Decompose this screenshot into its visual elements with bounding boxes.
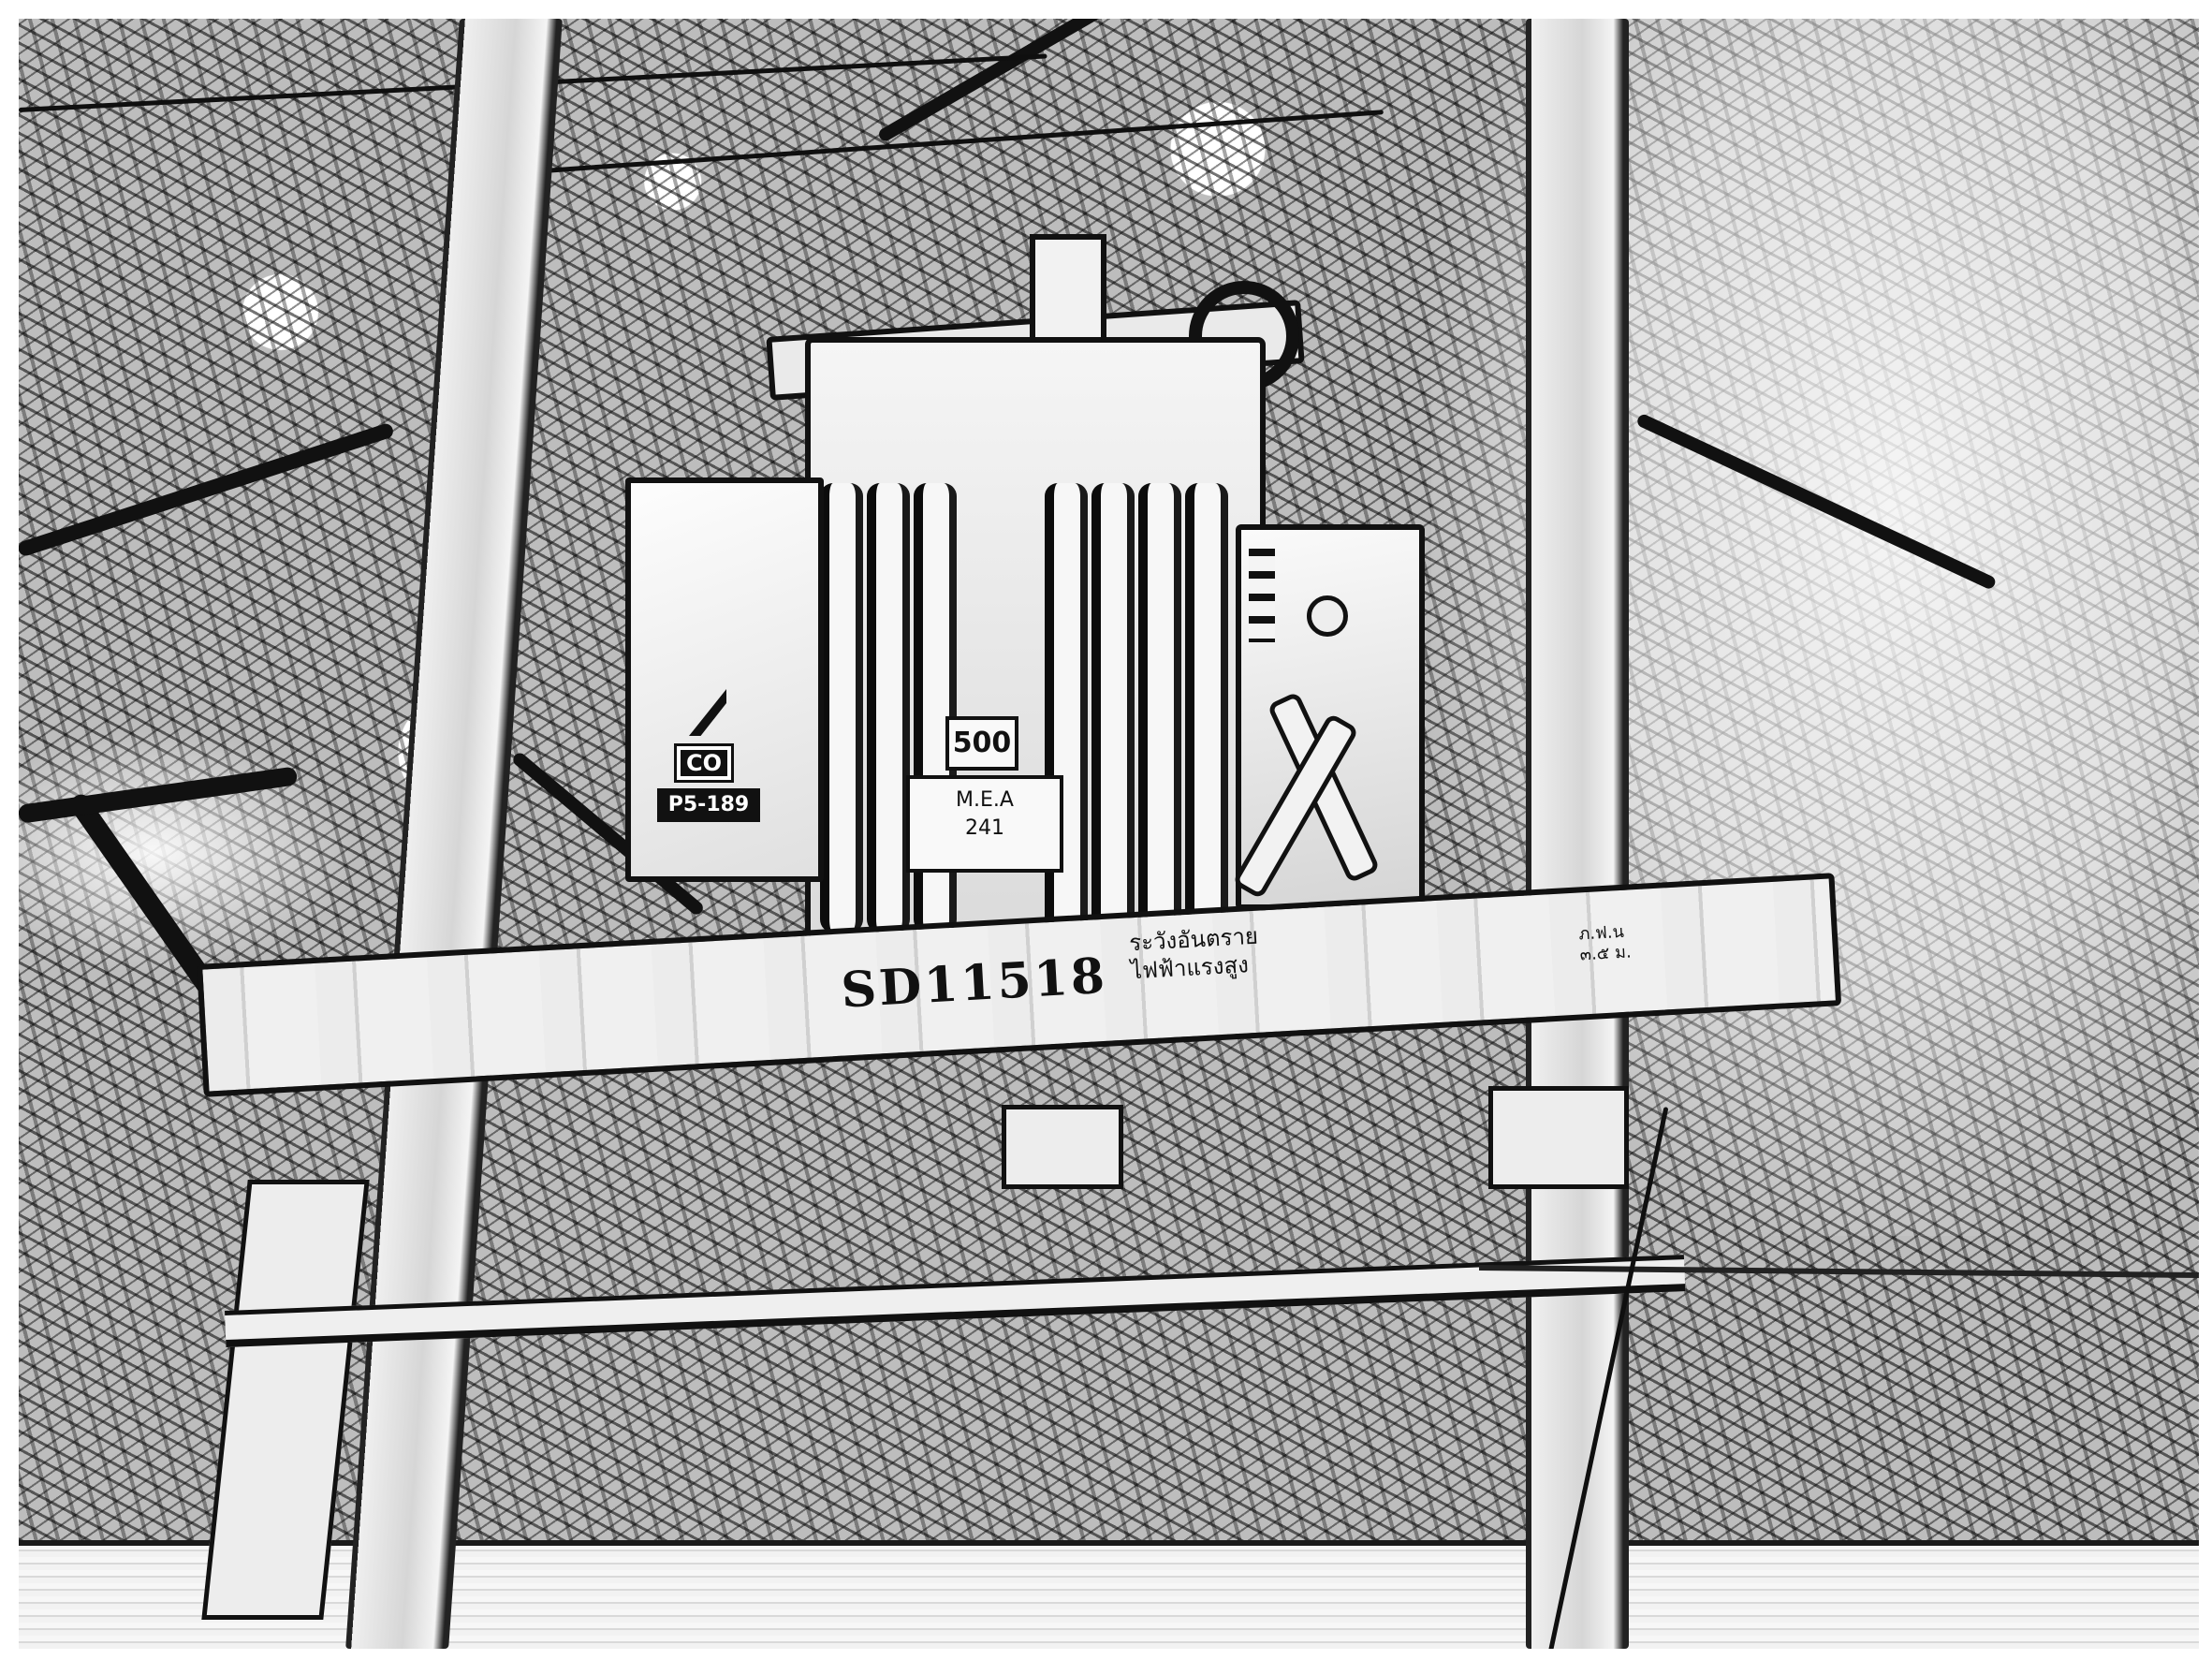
switch-box (1236, 524, 1425, 910)
cooling-fin (1091, 483, 1135, 933)
cabinet-tag: CO (674, 743, 734, 783)
control-cabinet: CO P5-189 (625, 477, 824, 882)
sky-patch (19, 730, 356, 974)
insulator-strip (1249, 549, 1275, 642)
danger-warning-line2: ไฟฟ้าแรงสูง (1130, 950, 1260, 986)
crossbeam-id: SD11518 (840, 948, 1109, 1020)
danger-warning-text: ระวังอันตราย ไฟฟ้าแรงสูง (1128, 922, 1260, 986)
beam-bracket (1002, 1105, 1123, 1189)
cooling-fin (1138, 483, 1181, 933)
beam-marking-line2: ๓.๕ ม. (1579, 942, 1632, 965)
owner-plate-line1: M.E.A (910, 786, 1060, 815)
transformer-photo: 500 M.E.A 241 CO P5-189 SD11518 ระวังอัน… (19, 19, 2199, 1649)
beam-marking-line1: ภ.ฟ.น (1578, 921, 1631, 945)
beam-marking: ภ.ฟ.น ๓.๕ ม. (1578, 921, 1632, 965)
cabinet-code: P5-189 (657, 788, 760, 822)
owner-plate: M.E.A 241 (906, 775, 1063, 873)
concrete-pole-right (1526, 19, 1629, 1649)
cooling-fin (820, 483, 863, 933)
owner-plate-line2: 241 (910, 815, 1060, 843)
lightning-warning-icon (680, 689, 726, 736)
kva-rating-plate: 500 (945, 716, 1018, 771)
transformer-tank (805, 337, 1266, 1004)
cooling-fin (1185, 483, 1228, 933)
gauge-icon (1307, 595, 1348, 637)
beam-bracket (1488, 1086, 1629, 1189)
cooling-fin (867, 483, 910, 933)
